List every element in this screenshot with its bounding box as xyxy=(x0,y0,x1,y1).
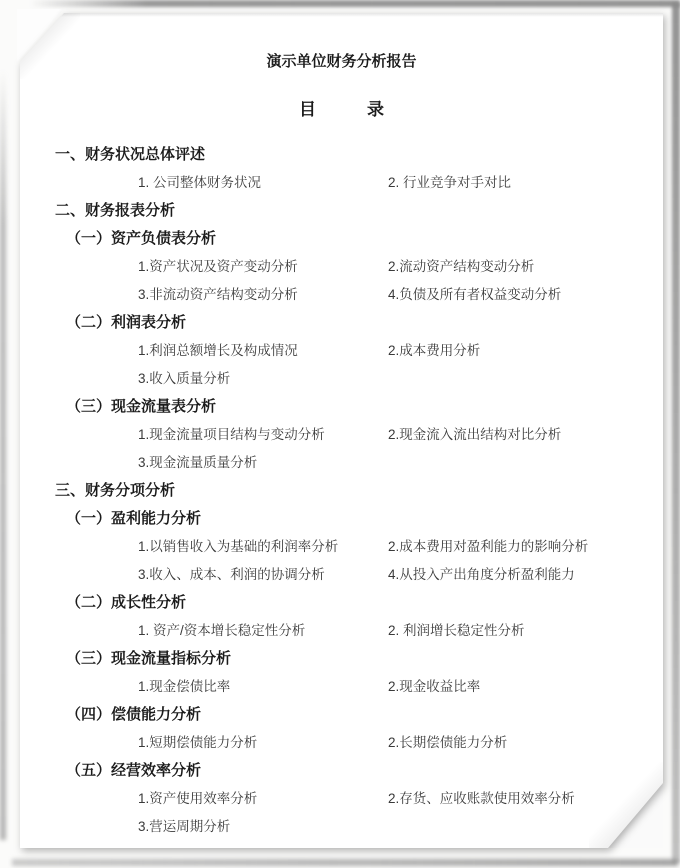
toc-item: 1.资产状况及资产变动分析 xyxy=(138,253,298,281)
toc-item: 2.现金流入流出结构对比分析 xyxy=(388,421,561,449)
toc-section-level2: （二）利润表分析 xyxy=(20,309,663,337)
toc-section-level2: （五）经营效率分析 xyxy=(20,757,663,785)
toc-row: 3.收入质量分析 xyxy=(20,365,663,393)
toc-row: 3.营运周期分析 xyxy=(20,813,663,841)
toc-item: 2.成本费用对盈利能力的影响分析 xyxy=(388,533,588,561)
toc-item: 2. 利润增长稳定性分析 xyxy=(388,617,525,645)
toc-item: 3.收入、成本、利润的协调分析 xyxy=(138,561,325,589)
toc-item: 4.从投入产出角度分析盈利能力 xyxy=(388,561,575,589)
backdrop-edge-top xyxy=(30,0,680,7)
document-title: 演示单位财务分析报告 xyxy=(20,50,663,74)
toc-section-level2: （三）现金流量指标分析 xyxy=(20,645,663,673)
toc-item: 1.现金偿债比率 xyxy=(138,673,230,701)
toc-section-level1: 一、财务状况总体评述 xyxy=(20,141,663,169)
toc-list: 一、财务状况总体评述 1. 公司整体财务状况 2. 行业竞争对手对比 二、财务报… xyxy=(20,141,663,841)
toc-item: 1. 公司整体财务状况 xyxy=(138,169,261,197)
toc-row: 3.非流动资产结构变动分析 4.负债及所有者权益变动分析 xyxy=(20,281,663,309)
toc-row: 3.收入、成本、利润的协调分析 4.从投入产出角度分析盈利能力 xyxy=(20,561,663,589)
toc-section-level2: （三）现金流量表分析 xyxy=(20,393,663,421)
toc-item: 1. 资产/资本增长稳定性分析 xyxy=(138,617,305,645)
toc-section-level2: （二）成长性分析 xyxy=(20,589,663,617)
toc-item: 2.长期偿债能力分析 xyxy=(388,729,507,757)
toc-row: 1.短期偿债能力分析 2.长期偿债能力分析 xyxy=(20,729,663,757)
toc-item: 3.营运周期分析 xyxy=(138,813,230,841)
toc-row: 1. 公司整体财务状况 2. 行业竞争对手对比 xyxy=(20,169,663,197)
scan-backdrop: 演示单位财务分析报告 目 录 一、财务状况总体评述 1. 公司整体财务状况 2.… xyxy=(0,0,680,868)
toc-item: 1.现金流量项目结构与变动分析 xyxy=(138,421,325,449)
toc-item: 1.利润总额增长及构成情况 xyxy=(138,337,298,365)
toc-section-level2: （一）资产负债表分析 xyxy=(20,225,663,253)
toc-item: 2. 行业竞争对手对比 xyxy=(388,169,511,197)
toc-row: 1.资产使用效率分析 2.存货、应收账款使用效率分析 xyxy=(20,785,663,813)
toc-item: 3.现金流量质量分析 xyxy=(138,449,257,477)
toc-row: 1.以销售收入为基础的利润率分析 2.成本费用对盈利能力的影响分析 xyxy=(20,533,663,561)
toc-item: 1.以销售收入为基础的利润率分析 xyxy=(138,533,338,561)
toc-item: 1.资产使用效率分析 xyxy=(138,785,257,813)
toc-row: 3.现金流量质量分析 xyxy=(20,449,663,477)
toc-row: 1.现金流量项目结构与变动分析 2.现金流入流出结构对比分析 xyxy=(20,421,663,449)
toc-item: 2.存货、应收账款使用效率分析 xyxy=(388,785,575,813)
backdrop-edge-left xyxy=(0,70,6,840)
toc-heading: 目 录 xyxy=(20,98,663,122)
toc-row: 1.利润总额增长及构成情况 2.成本费用分析 xyxy=(20,337,663,365)
page-top-edge-shading xyxy=(60,13,663,17)
toc-section-level2: （一）盈利能力分析 xyxy=(20,505,663,533)
toc-section-level1: 三、财务分项分析 xyxy=(20,477,663,505)
backdrop-edge-right xyxy=(672,3,680,863)
toc-item: 2.现金收益比率 xyxy=(388,673,480,701)
toc-row: 1.现金偿债比率 2.现金收益比率 xyxy=(20,673,663,701)
toc-section-level2: （四）偿债能力分析 xyxy=(20,701,663,729)
document-page-wrap: 演示单位财务分析报告 目 录 一、财务状况总体评述 1. 公司整体财务状况 2.… xyxy=(20,13,663,848)
toc-item: 4.负债及所有者权益变动分析 xyxy=(388,281,561,309)
toc-item: 3.收入质量分析 xyxy=(138,365,230,393)
toc-row: 1.资产状况及资产变动分析 2.流动资产结构变动分析 xyxy=(20,253,663,281)
toc-item: 3.非流动资产结构变动分析 xyxy=(138,281,298,309)
toc-row: 1. 资产/资本增长稳定性分析 2. 利润增长稳定性分析 xyxy=(20,617,663,645)
toc-item: 2.成本费用分析 xyxy=(388,337,480,365)
toc-item: 1.短期偿债能力分析 xyxy=(138,729,257,757)
backdrop-edge-bottom xyxy=(12,859,678,866)
toc-section-level1: 二、财务报表分析 xyxy=(20,197,663,225)
document-page: 演示单位财务分析报告 目 录 一、财务状况总体评述 1. 公司整体财务状况 2.… xyxy=(20,13,663,848)
toc-item: 2.流动资产结构变动分析 xyxy=(388,253,534,281)
